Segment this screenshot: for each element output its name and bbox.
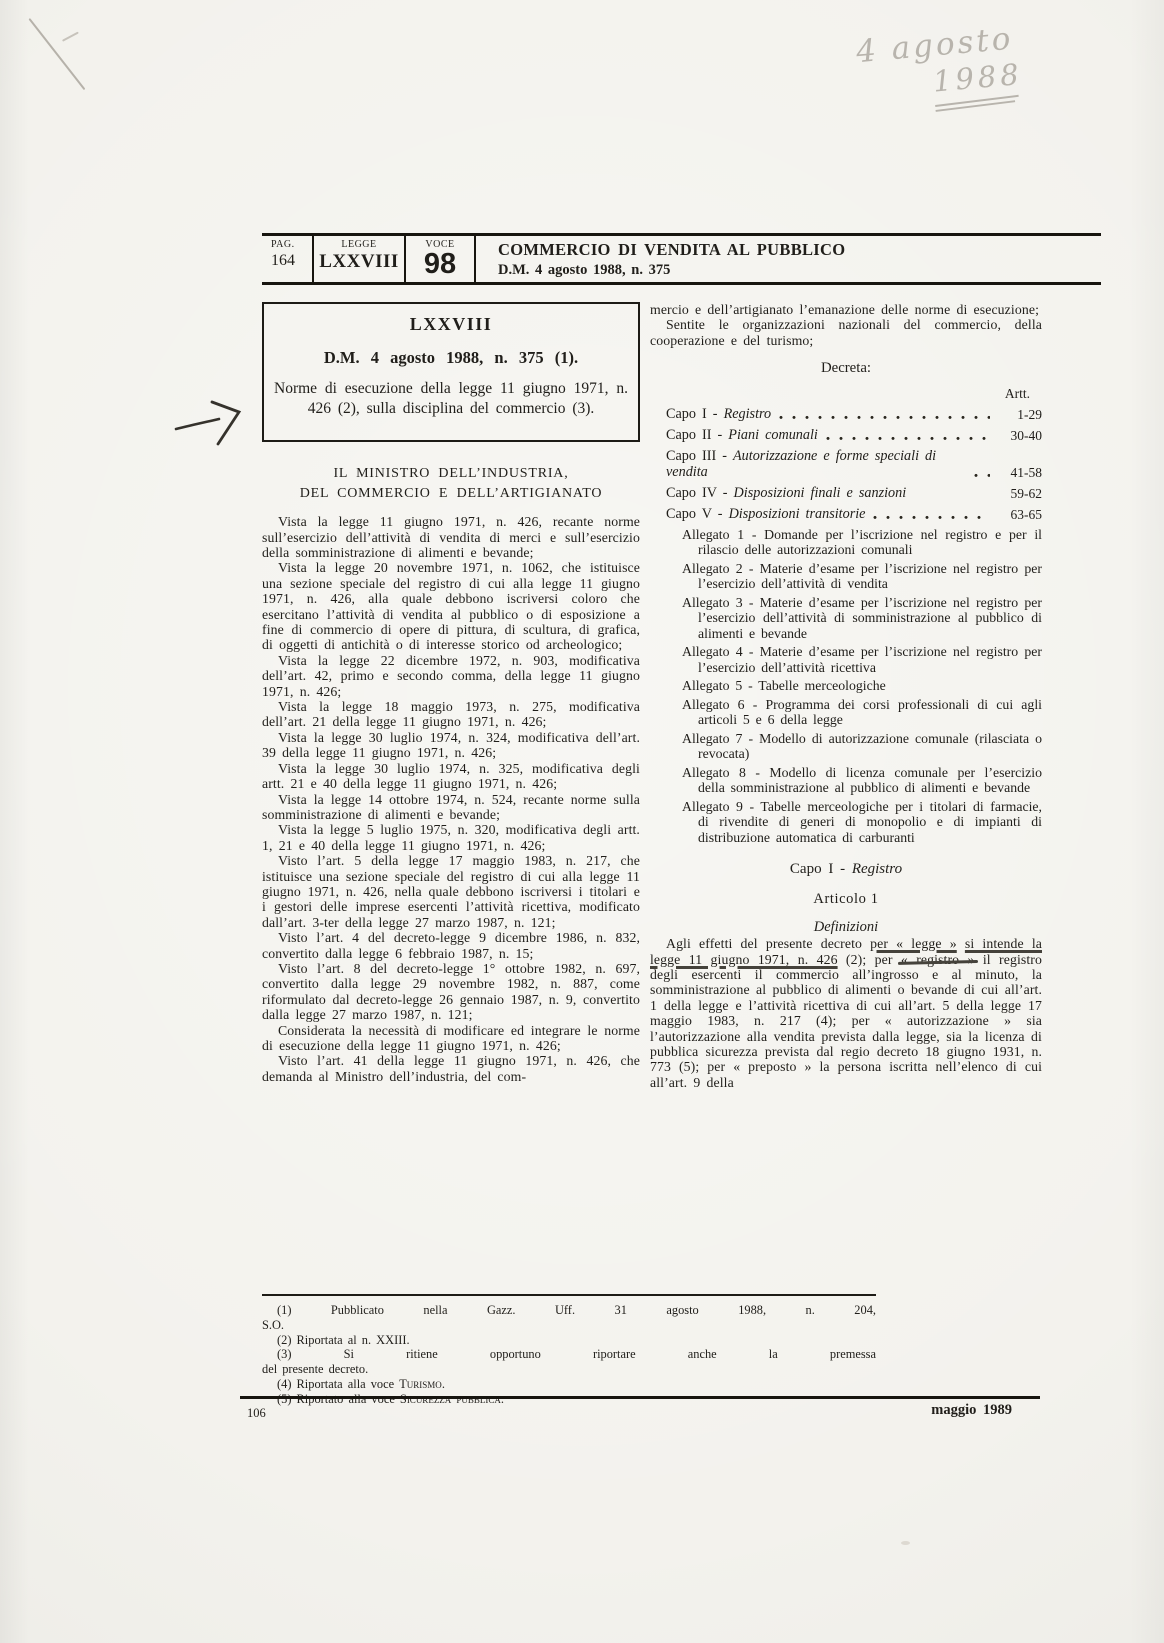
- ministry-heading-line1: IL MINISTRO DELL’INDUSTRIA,: [262, 464, 640, 484]
- annex-item: Allegato 3 - Materie d’esame per l’iscri…: [698, 595, 1042, 642]
- footnote-line: (1) Pubblicato nella Gazz. Uff. 31 agost…: [262, 1303, 876, 1318]
- toc-row: Capo III - Autorizzazione e forme specia…: [650, 448, 1042, 482]
- header-subtitle: D.M. 4 agosto 1988, n. 375: [498, 262, 1097, 279]
- toc-dot-leader: [914, 494, 990, 499]
- toc-article-range: 41-58: [996, 465, 1042, 481]
- handwritten-date-line2: 1988: [932, 56, 1070, 97]
- annex-item: Allegato 4 - Materie d’esame per l’iscri…: [698, 644, 1042, 675]
- annex-item: Allegato 7 - Modello di autorizzazione c…: [698, 731, 1042, 762]
- entry-value: 98: [410, 250, 470, 279]
- preamble-paragraphs: Vista la legge 11 giugno 1971, n. 426, r…: [262, 514, 640, 1084]
- footnote-text: (3) Si ritiene opportuno riportare anche…: [277, 1347, 876, 1361]
- table-of-contents: Capo I - Registro1-29Capo II - Piani com…: [650, 406, 1042, 523]
- handwritten-date: 4 agosto 1988: [855, 19, 1071, 117]
- page-number: 106: [247, 1406, 266, 1421]
- legal-paragraph: Visto l’art. 41 della legge 11 giugno 19…: [262, 1053, 640, 1084]
- legal-paragraph: Vista la legge 30 luglio 1974, n. 324, m…: [262, 730, 640, 761]
- header-table: PAG. 164 LEGGE LXXVIII VOCE 98 COMMERCIO…: [262, 233, 1101, 285]
- toc-row-label: Capo V - Disposizioni transitorie: [666, 506, 865, 523]
- preamble-continuation: mercio e dell’artigianato l’emanazione d…: [650, 302, 1042, 348]
- footnotes-section: (1) Pubblicato nella Gazz. Uff. 31 agost…: [262, 1294, 876, 1407]
- footnote-line: (3) Si ritiene opportuno riportare anche…: [262, 1347, 876, 1362]
- footer-issue-date: maggio 1989: [931, 1402, 1012, 1419]
- toc-article-range: 59-62: [996, 486, 1042, 502]
- toc-row: Capo II - Piani comunali30-40: [650, 427, 1042, 444]
- page-label: PAG.: [271, 239, 308, 250]
- annex-item: Allegato 8 - Modello di licenza comunale…: [698, 765, 1042, 796]
- toc-row: Capo V - Disposizioni transitorie63-65: [650, 506, 1042, 523]
- decree-number: D.M. 4 agosto 1988, n. 375 (1).: [274, 348, 628, 368]
- article-text-segment: Agli effetti del presente decreto: [666, 936, 870, 951]
- toc-row-label: Capo III - Autorizzazione e forme specia…: [666, 448, 966, 482]
- toc-article-range: 30-40: [996, 428, 1042, 444]
- footnote-text: Sicurezza pubblica: [400, 1392, 501, 1406]
- article-text-segment: [957, 936, 965, 951]
- legal-paragraph: Visto l’art. 5 della legge 17 maggio 198…: [262, 853, 640, 930]
- legal-paragraph: Vista la legge 20 novembre 1971, n. 1062…: [262, 560, 640, 652]
- toc-article-range: 63-65: [996, 507, 1042, 523]
- toc-dot-leader: [974, 473, 990, 478]
- pencil-mark: [62, 32, 79, 42]
- footnote-text: (1) Pubblicato nella Gazz. Uff. 31 agost…: [277, 1303, 876, 1317]
- toc-article-range: 1-29: [996, 407, 1042, 423]
- scanned-legal-page: { "annotations": { "handwriting_line1": …: [0, 0, 1164, 1643]
- scan-smudge: [901, 1541, 910, 1545]
- footnote-text: del presente decreto.: [262, 1362, 368, 1376]
- footnote-line: (2) Riportata al n. XXIII.: [262, 1333, 876, 1348]
- decree-title-box: LXXVIII D.M. 4 agosto 1988, n. 375 (1). …: [262, 302, 640, 442]
- footnote-line: S.O.: [262, 1318, 876, 1333]
- article-text-segment: il registro degli esercenti il commercio…: [650, 952, 1042, 1090]
- legal-paragraph: Considerata la necessità di modificare e…: [262, 1023, 640, 1054]
- toc-chapter-title: Disposizioni transitorie: [729, 506, 866, 522]
- chapter-heading: Capo I - Registro: [650, 861, 1042, 878]
- footnote-line: (4) Riportata alla voce Turismo.: [262, 1377, 876, 1392]
- footnotes-list: (1) Pubblicato nella Gazz. Uff. 31 agost…: [262, 1303, 876, 1407]
- annex-item: Allegato 5 - Tabelle merceologiche: [698, 678, 1042, 694]
- legal-paragraph: Vista la legge 14 ottobre 1974, n. 524, …: [262, 792, 640, 823]
- legal-paragraph: Vista la legge 11 giugno 1971, n. 426, r…: [262, 514, 640, 560]
- footnote-text: S.O.: [262, 1318, 284, 1332]
- articles-column-label: Artt.: [650, 386, 1042, 402]
- pencil-mark: [28, 18, 85, 90]
- footnote-text: .: [501, 1392, 504, 1406]
- decree-description: Norme di esecuzione della legge 11 giugn…: [274, 379, 628, 419]
- footnote-text: .: [442, 1377, 445, 1391]
- toc-chapter-prefix: Capo IV: [666, 485, 717, 501]
- footnote-line: (5) Riportato alla voce Sicurezza pubbli…: [262, 1392, 876, 1407]
- toc-chapter-title: Piani comunali: [728, 427, 818, 443]
- annex-item: Allegato 2 - Materie d’esame per l’iscri…: [698, 561, 1042, 592]
- toc-chapter-prefix: Capo II: [666, 427, 711, 443]
- chapter-heading-title: Registro: [852, 861, 902, 877]
- footnote-text: (4) Riportata alla voce: [277, 1377, 399, 1391]
- annex-item: Allegato 9 - Tabelle merceologiche per i…: [698, 799, 1042, 846]
- left-column: LXXVIII D.M. 4 agosto 1988, n. 375 (1). …: [262, 302, 640, 1084]
- toc-row-label: Capo II - Piani comunali: [666, 427, 818, 444]
- article-number-heading: Articolo 1: [650, 891, 1042, 908]
- ministry-heading-line2: DEL COMMERCIO E DELL’ARTIGIANATO: [262, 484, 640, 504]
- toc-dot-leader: [826, 436, 990, 441]
- toc-dot-leader: [873, 515, 990, 520]
- law-value: LXXVIII: [318, 251, 400, 273]
- ministry-heading: IL MINISTRO DELL’INDUSTRIA, DEL COMMERCI…: [262, 464, 640, 503]
- toc-chapter-prefix: Capo III: [666, 448, 716, 464]
- footnote-line: del presente decreto.: [262, 1362, 876, 1377]
- chapter-heading-prefix: Capo I -: [790, 861, 852, 877]
- article-1-text: Agli effetti del presente decreto per « …: [650, 936, 1042, 1090]
- footnote-text: (5) Riportato alla voce: [277, 1392, 400, 1406]
- toc-row-label: Capo IV - Disposizioni finali e sanzioni: [666, 485, 906, 502]
- header-cell-title: COMMERCIO DI VENDITA AL PUBBLICO D.M. 4 …: [476, 236, 1101, 282]
- footnote-text: Turismo: [399, 1377, 442, 1391]
- header-cell-page: PAG. 164: [262, 236, 314, 282]
- annex-list: Allegato 1 - Domande per l’iscrizione ne…: [650, 527, 1042, 846]
- toc-chapter-prefix: Capo V: [666, 506, 712, 522]
- toc-row: Capo I - Registro1-29: [650, 406, 1042, 423]
- annex-item: Allegato 6 - Programma dei corsi profess…: [698, 697, 1042, 728]
- toc-dot-leader: [779, 415, 990, 420]
- footnote-text: (2) Riportata al n. XXIII.: [277, 1333, 410, 1347]
- legal-paragraph: Visto l’art. 4 del decreto-legge 9 dicem…: [262, 930, 640, 961]
- article-rubric: Definizioni: [650, 919, 1042, 936]
- header-title: COMMERCIO DI VENDITA AL PUBBLICO: [498, 240, 1097, 260]
- law-label: LEGGE: [318, 239, 400, 250]
- toc-row: Capo IV - Disposizioni finali e sanzioni…: [650, 485, 1042, 502]
- pen-marked-text: per « legge »: [870, 936, 957, 951]
- toc-chapter-title: Registro: [724, 406, 772, 422]
- annex-item: Allegato 1 - Domande per l’iscrizione ne…: [698, 527, 1042, 558]
- toc-row-label: Capo I - Registro: [666, 406, 771, 423]
- footer-rule: [240, 1396, 1040, 1399]
- decree-roman-numeral: LXXVIII: [274, 314, 628, 335]
- legal-paragraph: mercio e dell’artigianato l’emanazione d…: [650, 302, 1042, 317]
- legal-paragraph: Visto l’art. 8 del decreto-legge 1° otto…: [262, 961, 640, 1023]
- margin-arrow-icon: [172, 386, 252, 448]
- legal-paragraph: Vista la legge 30 luglio 1974, n. 325, m…: [262, 761, 640, 792]
- legal-paragraph: Vista la legge 22 dicembre 1972, n. 903,…: [262, 653, 640, 699]
- legal-paragraph: Vista la legge 5 luglio 1975, n. 320, mo…: [262, 822, 640, 853]
- article-text-segment: (2); per: [838, 952, 901, 967]
- legal-paragraph: Sentite le organizzazioni nazionali del …: [650, 317, 1042, 348]
- pen-marked-text: « registro »: [901, 952, 975, 967]
- header-cell-law: LEGGE LXXVIII: [314, 236, 406, 282]
- header-cell-entry: VOCE 98: [406, 236, 476, 282]
- toc-chapter-prefix: Capo I: [666, 406, 707, 422]
- legal-paragraph: Vista la legge 18 maggio 1973, n. 275, m…: [262, 699, 640, 730]
- decreta-heading: Decreta:: [650, 360, 1042, 377]
- page-value: 164: [271, 252, 308, 270]
- right-column: mercio e dell’artigianato l’emanazione d…: [650, 302, 1042, 1090]
- toc-chapter-title: Disposizioni finali e sanzioni: [734, 485, 907, 501]
